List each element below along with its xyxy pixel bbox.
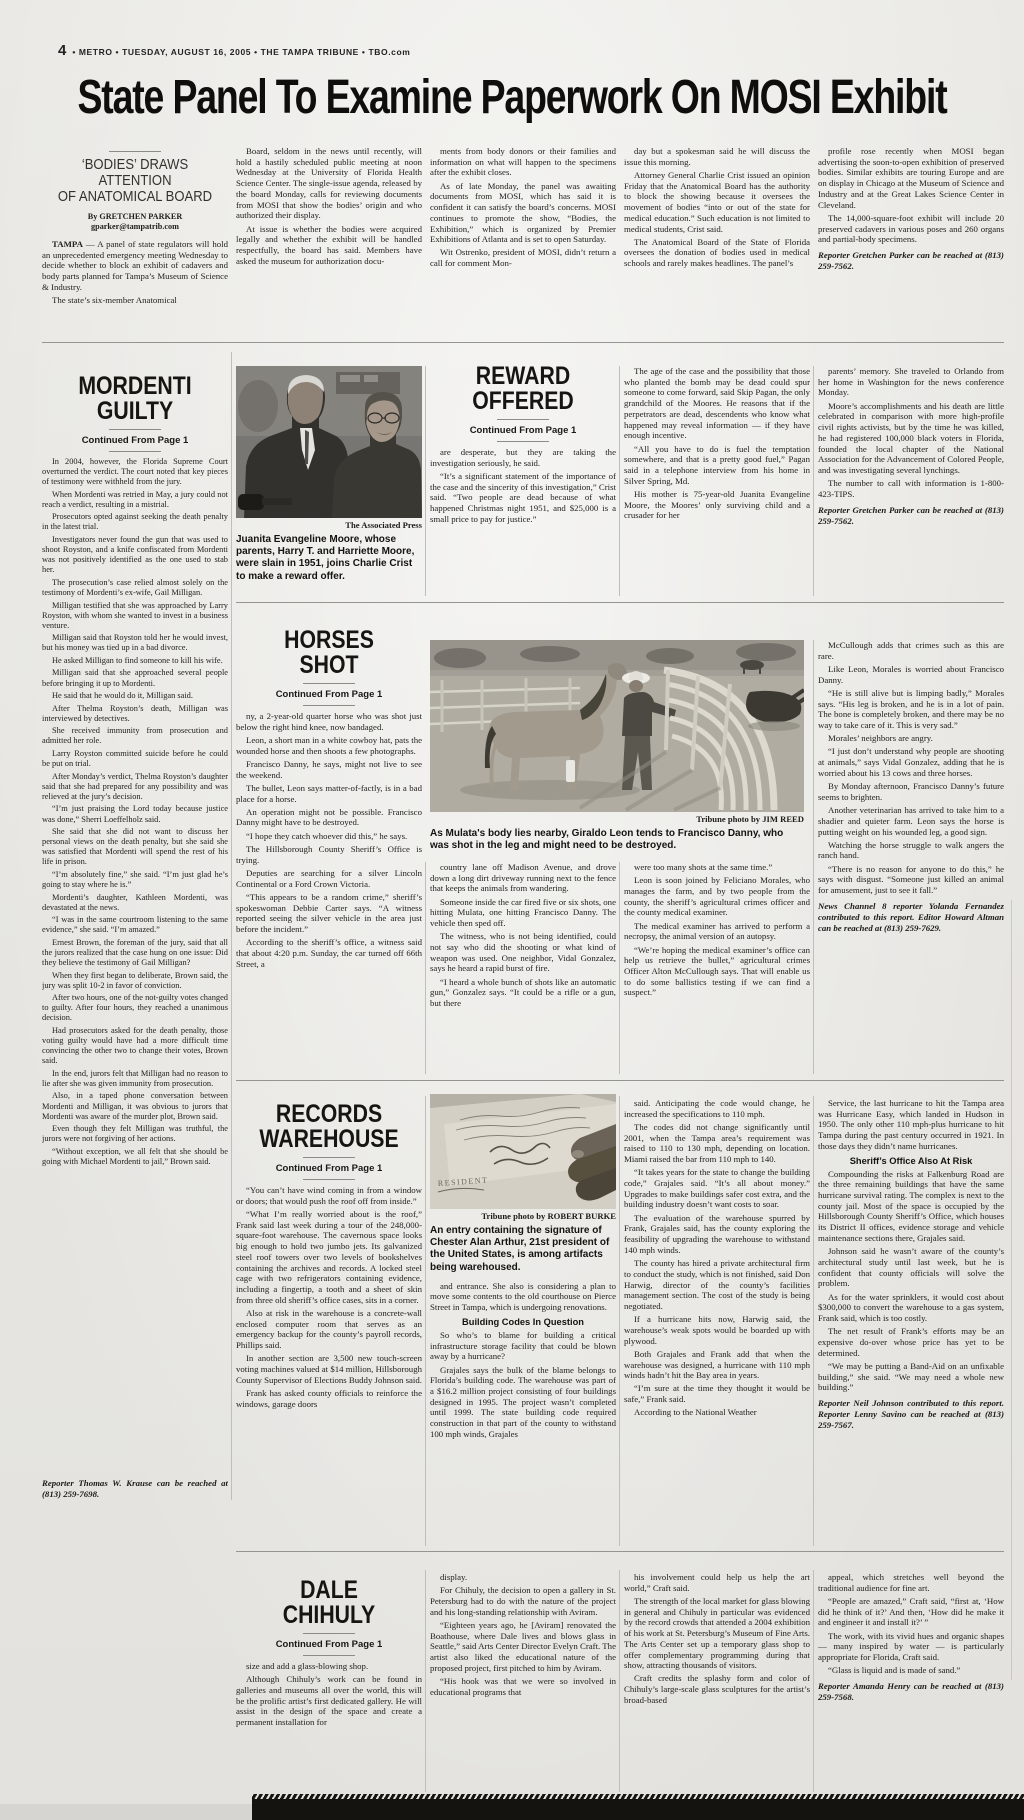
masthead-section: METRO (79, 47, 113, 57)
paragraph: Milligan said that Royston told her he w… (42, 633, 228, 653)
column-rule (231, 352, 232, 1500)
reward-col-3: parents’ memory. She traveled to Orlando… (818, 366, 1004, 598)
paragraph: Francisco Danny, he says, might not live… (236, 759, 422, 780)
section-divider (236, 1551, 1004, 1552)
continued-rule-top (303, 683, 355, 684)
paragraph: “I hope they catch whoever did this,” he… (236, 831, 422, 842)
column-rule (619, 862, 620, 1074)
paragraph: “I was in the same courtroom listening t… (42, 915, 228, 935)
chihuly-col-2: display.For Chihuly, the decision to ope… (430, 1572, 616, 1794)
paragraph: display. (430, 1572, 616, 1583)
chihuly-story: DALE CHIHULY Continued From Page 1 size … (236, 1564, 422, 1792)
reward-tagline: Reporter Gretchen Parker can be reached … (818, 505, 1004, 527)
continued-rule-bottom (303, 1655, 355, 1656)
continued-rule-top (303, 1633, 355, 1634)
chihuly-col1-text: size and add a glass-blowing shop.Althou… (236, 1661, 422, 1728)
paragraph: were too many shots at the same time.” (624, 862, 810, 873)
horses-headline: HORSES SHOT (236, 628, 422, 678)
headline-line1: DALE (250, 1578, 408, 1603)
horses-col-3: were too many shots at the same time.”Le… (624, 862, 810, 1076)
paragraph: “All you have to do is fuel the temptati… (624, 444, 810, 487)
continued-rule-top (497, 419, 549, 420)
paragraph: The Hillsborough County Sheriff’s Office… (236, 844, 422, 865)
paragraph: Milligan said that she approached severa… (42, 668, 228, 688)
continued-from: Continued From Page 1 (236, 1639, 422, 1650)
paragraph: “I’m absolutely fine,” she said. “I’m ju… (42, 870, 228, 890)
records-col-3: said. Anticipating the code would change… (624, 1098, 810, 1546)
paragraph: The strength of the local market for gla… (624, 1596, 810, 1671)
paragraph: “It takes years for the state to change … (624, 1167, 810, 1210)
horses-col-2: country lane off Madison Avenue, and dro… (430, 862, 616, 1076)
paragraph: Although Chihuly’s work can be found in … (236, 1674, 422, 1728)
masthead: 4 • METRO • TUESDAY, AUGUST 16, 2005 • T… (58, 42, 410, 59)
paragraph: The county has hired a private architect… (624, 1258, 810, 1312)
column-rule (619, 1570, 620, 1792)
paragraph: profile rose recently when MOSI began ad… (818, 146, 1004, 210)
paragraph: When Mordenti was retried in May, a jury… (42, 490, 228, 510)
paragraph: Grajales says the bulk of the blame belo… (430, 1365, 616, 1440)
paragraph: She received immunity from prosecution a… (42, 726, 228, 746)
records-col-4: Service, the last hurricane to hit the T… (818, 1098, 1004, 1546)
page-bottom-margin (0, 1804, 252, 1820)
paragraph: ny, a 2-year-old quarter horse who was s… (236, 711, 422, 732)
column-rule (619, 1096, 620, 1546)
paragraph: parents’ memory. She traveled to Orlando… (818, 366, 1004, 398)
paragraph: After Thelma Royston’s death, Milligan w… (42, 704, 228, 724)
section-divider (42, 342, 1004, 343)
paragraph: The medical examiner has arrived to perf… (624, 921, 810, 942)
paragraph: The number to call with information is 1… (818, 478, 1004, 499)
paragraph: ments from body donors or their families… (430, 146, 616, 178)
masthead-separator2: • (116, 47, 120, 57)
chihuly-col-3: his involvement could help us help the a… (624, 1572, 810, 1794)
paragraph: Like Leon, Morales is worried about Fran… (818, 664, 1004, 685)
page-bottom-bar (252, 1799, 1024, 1820)
lead-col-3: ments from body donors or their families… (430, 146, 616, 338)
paragraph: “There is no reason for anyone to do thi… (818, 864, 1004, 896)
paragraph: “We may be putting a Band-Aid on an unfi… (818, 1361, 1004, 1393)
main-headline-row: State Panel To Examine Paperwork On MOSI… (0, 70, 1024, 136)
paragraph: As for the water sprinklers, it would co… (818, 1292, 1004, 1324)
column-rule (425, 1570, 426, 1792)
chihuly-tagline: Reporter Amanda Henry can be reached at … (818, 1681, 1004, 1703)
horses-tagline: News Channel 8 reporter Yolanda Fernande… (818, 901, 1004, 934)
paragraph: The witness, who is not being identified… (430, 931, 616, 974)
paragraph: The net result of Frank’s efforts may be… (818, 1326, 1004, 1358)
chihuly-headline: DALE CHIHULY (236, 1578, 422, 1628)
paragraph: The evaluation of the warehouse spurred … (624, 1213, 810, 1256)
paragraph: If a hurricane hits now, Harwig said, th… (624, 1314, 810, 1346)
lead-tagline: Reporter Gretchen Parker can be reached … (818, 250, 1004, 272)
column-rule (813, 640, 814, 1074)
column-rule (813, 1570, 814, 1792)
paragraph: McCullough adds that crimes such as this… (818, 640, 1004, 661)
paragraph: “I’m sure at the time they thought it wo… (624, 1383, 810, 1404)
continued-rule-bottom (109, 451, 161, 452)
paragraph: By Monday afternoon, Francisco Danny’s f… (818, 781, 1004, 802)
paragraph: “It’s a significant statement of the imp… (430, 471, 616, 525)
paragraph: Leon, a short man in a white cowboy hat,… (236, 735, 422, 756)
photo-caption: As Mulata's body lies nearby, Giraldo Le… (430, 828, 804, 852)
paragraph: An operation might not be possible. Fran… (236, 807, 422, 828)
paragraph: “People are amazed,” Craft said, “first … (818, 1596, 1004, 1628)
paragraph: “Eighteen years ago, he [Aviram] renovat… (430, 1620, 616, 1674)
lead-col-2: Board, seldom in the news until recently… (236, 146, 422, 338)
paragraph: Watching the horse struggle to walk ange… (818, 840, 1004, 861)
paragraph: day but a spokesman said he will discuss… (624, 146, 810, 167)
paragraph: Even though they felt Milligan was truth… (42, 1124, 228, 1144)
paragraph: “Glass is liquid and is made of sand.” (818, 1665, 1004, 1676)
paragraph: Compounding the risks at Falkenburg Road… (818, 1169, 1004, 1244)
column-rule (425, 1096, 426, 1546)
reward-story: REWARD OFFERED Continued From Page 1 are… (430, 364, 616, 598)
photo-caption: An entry containing the signature of Che… (430, 1225, 616, 1274)
sheriffs-office-subhead: Sheriff’s Office Also At Risk (818, 1156, 1004, 1166)
page-number: 4 (58, 42, 66, 59)
continued-rule-bottom (303, 705, 355, 706)
reward-col1-text: are desperate, but they are taking the i… (430, 447, 616, 525)
paragraph: In 2004, however, the Florida Supreme Co… (42, 457, 228, 487)
paragraph: and entrance. She also is considering a … (430, 1281, 616, 1313)
continued-rule-top (303, 1157, 355, 1158)
headline-line1: REWARD (444, 364, 602, 389)
mordenti-story: MORDENTI GUILTY Continued From Page 1 In… (42, 356, 228, 1502)
paragraph: Both Grajales and Frank add that when th… (624, 1349, 810, 1381)
paragraph: As of late Monday, the panel was awaitin… (430, 181, 616, 245)
paragraph: After Monday’s verdict, Thelma Royston’s… (42, 772, 228, 802)
headline-line2: OFFERED (444, 389, 602, 414)
masthead-separator: • (72, 47, 76, 57)
paragraph: In another section are 3,500 new touch-s… (236, 1353, 422, 1385)
paragraph: Mordenti’s daughter, Kathleen Mordenti, … (42, 893, 228, 913)
paragraph: According to the sheriff’s office, a wit… (236, 937, 422, 969)
paragraph: The work, with its vivid hues and organi… (818, 1631, 1004, 1663)
records-tagline: Reporter Neil Johnson contributed to thi… (818, 1398, 1004, 1431)
paragraph: “Without exception, we all felt that she… (42, 1147, 228, 1167)
paragraph: At issue is whether the bodies were acqu… (236, 224, 422, 267)
paragraph: For Chihuly, the decision to open a gall… (430, 1585, 616, 1617)
paragraph: Investigators never found the gun that w… (42, 535, 228, 575)
paragraph: “You can’t have wind coming in from a wi… (236, 1185, 422, 1206)
continued-rule-bottom (303, 1179, 355, 1180)
building-codes-subhead: Building Codes In Question (430, 1317, 616, 1327)
dateline: TAMPA (52, 239, 83, 249)
paragraph: Wit Ostrenko, president of MOSI, didn’t … (430, 247, 616, 268)
continued-from: Continued From Page 1 (42, 435, 228, 446)
paragraph: TAMPA — A panel of state regulators will… (42, 239, 228, 293)
main-headline: State Panel To Examine Paperwork On MOSI… (78, 70, 947, 125)
paragraph: size and add a glass-blowing shop. (236, 1661, 422, 1672)
paragraph: “He is still alive but is limping badly,… (818, 688, 1004, 731)
reward-photo-block: The Associated Press Juanita Evangeline … (236, 366, 422, 598)
paragraph: “I just don’t understand why people are … (818, 746, 1004, 778)
paragraph: Attorney General Charlie Crist issued an… (624, 170, 810, 234)
paragraph: Deputies are searching for a silver Linc… (236, 868, 422, 889)
paragraph: Also at risk in the warehouse is a concr… (236, 1308, 422, 1351)
paragraph: are desperate, but they are taking the i… (430, 447, 616, 468)
paragraph: Also, in a taped phone conversation betw… (42, 1091, 228, 1121)
continued-from: Continued From Page 1 (430, 425, 616, 436)
paragraph: Moore’s accomplishments and his death ar… (818, 401, 1004, 476)
paragraph: Leon is soon joined by Feliciano Morales… (624, 875, 810, 918)
headline-line1: RECORDS (250, 1102, 408, 1127)
paragraph: The prosecution’s case relied almost sol… (42, 578, 228, 598)
headline-line1: HORSES (250, 628, 408, 653)
paragraph: “I’m just praising the Lord today becaus… (42, 804, 228, 824)
photo-credit: Tribune photo by ROBERT BURKE (430, 1211, 616, 1221)
lead-subhead: ‘BODIES’ DRAWS ATTENTION OF ANATOMICAL B… (42, 157, 228, 206)
paragraph: Johnson said he wasn’t aware of the coun… (818, 1246, 1004, 1289)
paragraph: “This appears to be a random crime,” she… (236, 892, 422, 935)
horses-col1-text: ny, a 2-year-old quarter horse who was s… (236, 711, 422, 969)
paragraph: “What I’m really worried about is the ro… (236, 1209, 422, 1305)
paragraph: Prosecutors opted against seeking the de… (42, 512, 228, 532)
paragraph: Larry Royston committed suicide before h… (42, 749, 228, 769)
lead-subhead-line2: OF ANATOMICAL BOARD (51, 189, 218, 205)
paragraph: He said that he would do it, Milligan sa… (42, 691, 228, 701)
mordenti-text: In 2004, however, the Florida Supreme Co… (42, 457, 228, 1459)
headline-line2: GUILTY (56, 399, 214, 424)
section-divider (236, 1080, 1004, 1081)
horse-photo (430, 640, 804, 812)
newspaper-page: 4 • METRO • TUESDAY, AUGUST 16, 2005 • T… (0, 0, 1024, 1820)
horses-col4-text: McCullough adds that crimes such as this… (818, 640, 1004, 896)
crist-moore-photo (236, 366, 422, 518)
paragraph: The codes did not change significantly u… (624, 1122, 810, 1165)
continued-from: Continued From Page 1 (236, 689, 422, 700)
column-rule (813, 366, 814, 596)
records-story: RECORDS WAREHOUSE Continued From Page 1 … (236, 1094, 422, 1546)
records-col2a-text: and entrance. She also is considering a … (430, 1281, 616, 1313)
continued-from: Continued From Page 1 (236, 1163, 422, 1174)
paragraph: His mother is 75-year-old Juanita Evange… (624, 489, 810, 521)
headline-line2: CHIHULY (250, 1603, 408, 1628)
paragraph: In the end, jurors felt that Milligan ha… (42, 1069, 228, 1089)
chihuly-col-4: appeal, which stretches well beyond the … (818, 1572, 1004, 1794)
records-photo-column: RESIDENT Tribune photo by ROBERT BURKE A… (430, 1094, 616, 1546)
reward-col-2: The age of the case and the possibility … (624, 366, 810, 598)
headline-line2: WAREHOUSE (250, 1127, 408, 1152)
paragraph: Frank has asked county officials to rein… (236, 1388, 422, 1409)
paragraph: Another veterinarian has arrived to take… (818, 805, 1004, 837)
paragraph: Had prosecutors asked for the death pena… (42, 1026, 228, 1066)
paragraph: The age of the case and the possibility … (624, 366, 810, 441)
paragraph: Someone inside the car fired five or six… (430, 897, 616, 929)
horses-photo-block: Tribune photo by JIM REED As Mulata's bo… (430, 640, 804, 858)
mordenti-headline: MORDENTI GUILTY (42, 374, 228, 424)
paragraph: appeal, which stretches well beyond the … (818, 1572, 1004, 1593)
column-rule (425, 862, 426, 1074)
paragraph: So who’s to blame for building a critica… (430, 1330, 616, 1362)
paragraph: According to the National Weather (624, 1407, 810, 1418)
paragraph: The 14,000-square-foot exhibit will incl… (818, 213, 1004, 245)
paragraph: Ernest Brown, the foreman of the jury, s… (42, 938, 228, 968)
records-col1-text: “You can’t have wind coming in from a wi… (236, 1185, 422, 1409)
scan-artifact-line (1011, 900, 1012, 1680)
headline-line2: SHOT (250, 653, 408, 678)
paragraph: Service, the last hurricane to hit the T… (818, 1098, 1004, 1152)
paragraph: After two hours, one of the not-guilty v… (42, 993, 228, 1023)
paragraph: “His hook was that we were so involved i… (430, 1676, 616, 1697)
continued-rule-bottom (497, 441, 549, 442)
column-rule (619, 366, 620, 596)
paragraph: “We’re hoping the medical examiner’s off… (624, 945, 810, 999)
lead-col-5: profile rose recently when MOSI began ad… (818, 146, 1004, 338)
subhead-rule (109, 151, 161, 152)
reward-headline: REWARD OFFERED (430, 364, 616, 414)
masthead-date-paper: TUESDAY, AUGUST 16, 2005 • THE TAMPA TRI… (122, 47, 410, 57)
section-divider (236, 602, 1004, 603)
records-headline: RECORDS WAREHOUSE (236, 1102, 422, 1152)
lead-col-4: day but a spokesman said he will discuss… (624, 146, 810, 338)
horses-col-4: McCullough adds that crimes such as this… (818, 640, 1004, 1076)
paragraph: country lane off Madison Avenue, and dro… (430, 862, 616, 894)
continued-rule-top (109, 429, 161, 430)
paragraph: He asked Milligan to find someone to kil… (42, 656, 228, 666)
paragraph: She said that she did not want to discus… (42, 827, 228, 867)
column-rule (425, 366, 426, 596)
paragraph: When they first began to deliberate, Bro… (42, 971, 228, 991)
paragraph: said. Anticipating the code would change… (624, 1098, 810, 1119)
records-col2b-text: So who’s to blame for building a critica… (430, 1330, 616, 1440)
paragraph: The Anatomical Board of the State of Flo… (624, 237, 810, 269)
lead-col-1: ‘BODIES’ DRAWS ATTENTION OF ANATOMICAL B… (42, 146, 228, 338)
horses-story: HORSES SHOT Continued From Page 1 ny, a … (236, 618, 422, 1076)
paragraph: Board, seldom in the news until recently… (236, 146, 422, 221)
document-photo: RESIDENT (430, 1094, 616, 1209)
mordenti-tagline: Reporter Thomas W. Krause can be reached… (42, 1478, 228, 1500)
paragraph: The state’s six-member Anatomical (42, 295, 228, 306)
headline-line1: MORDENTI (56, 374, 214, 399)
paragraph: Morales’ neighbors are angry. (818, 733, 1004, 744)
paragraph: Craft credits the splashy form and color… (624, 1673, 810, 1705)
lead-subhead-line1: ‘BODIES’ DRAWS ATTENTION (51, 157, 218, 189)
chihuly-col4-text: appeal, which stretches well beyond the … (818, 1572, 1004, 1676)
records-col4b-text: Compounding the risks at Falkenburg Road… (818, 1169, 1004, 1393)
photo-credit: The Associated Press (236, 520, 422, 530)
records-col4a-text: Service, the last hurricane to hit the T… (818, 1098, 1004, 1152)
photo-caption: Juanita Evangeline Moore, whose parents,… (236, 534, 422, 583)
byline-email: gparker@tampatrib.com (42, 222, 228, 233)
lead-col1-text: TAMPA — A panel of state regulators will… (42, 239, 228, 306)
paragraph: his involvement could help us help the a… (624, 1572, 810, 1593)
lead-col5-text: profile rose recently when MOSI began ad… (818, 146, 1004, 245)
lead-byline: By GRETCHEN PARKER gparker@tampatrib.com (42, 212, 228, 233)
column-rule (813, 1096, 814, 1546)
paragraph: “I heard a whole bunch of shots like an … (430, 977, 616, 1009)
byline-name: By GRETCHEN PARKER (42, 212, 228, 223)
photo-credit: Tribune photo by JIM REED (430, 814, 804, 824)
paragraph: The bullet, Leon says matter-of-factly, … (236, 783, 422, 804)
reward-col3-text: parents’ memory. She traveled to Orlando… (818, 366, 1004, 500)
paragraph: Milligan testified that she was approach… (42, 601, 228, 631)
